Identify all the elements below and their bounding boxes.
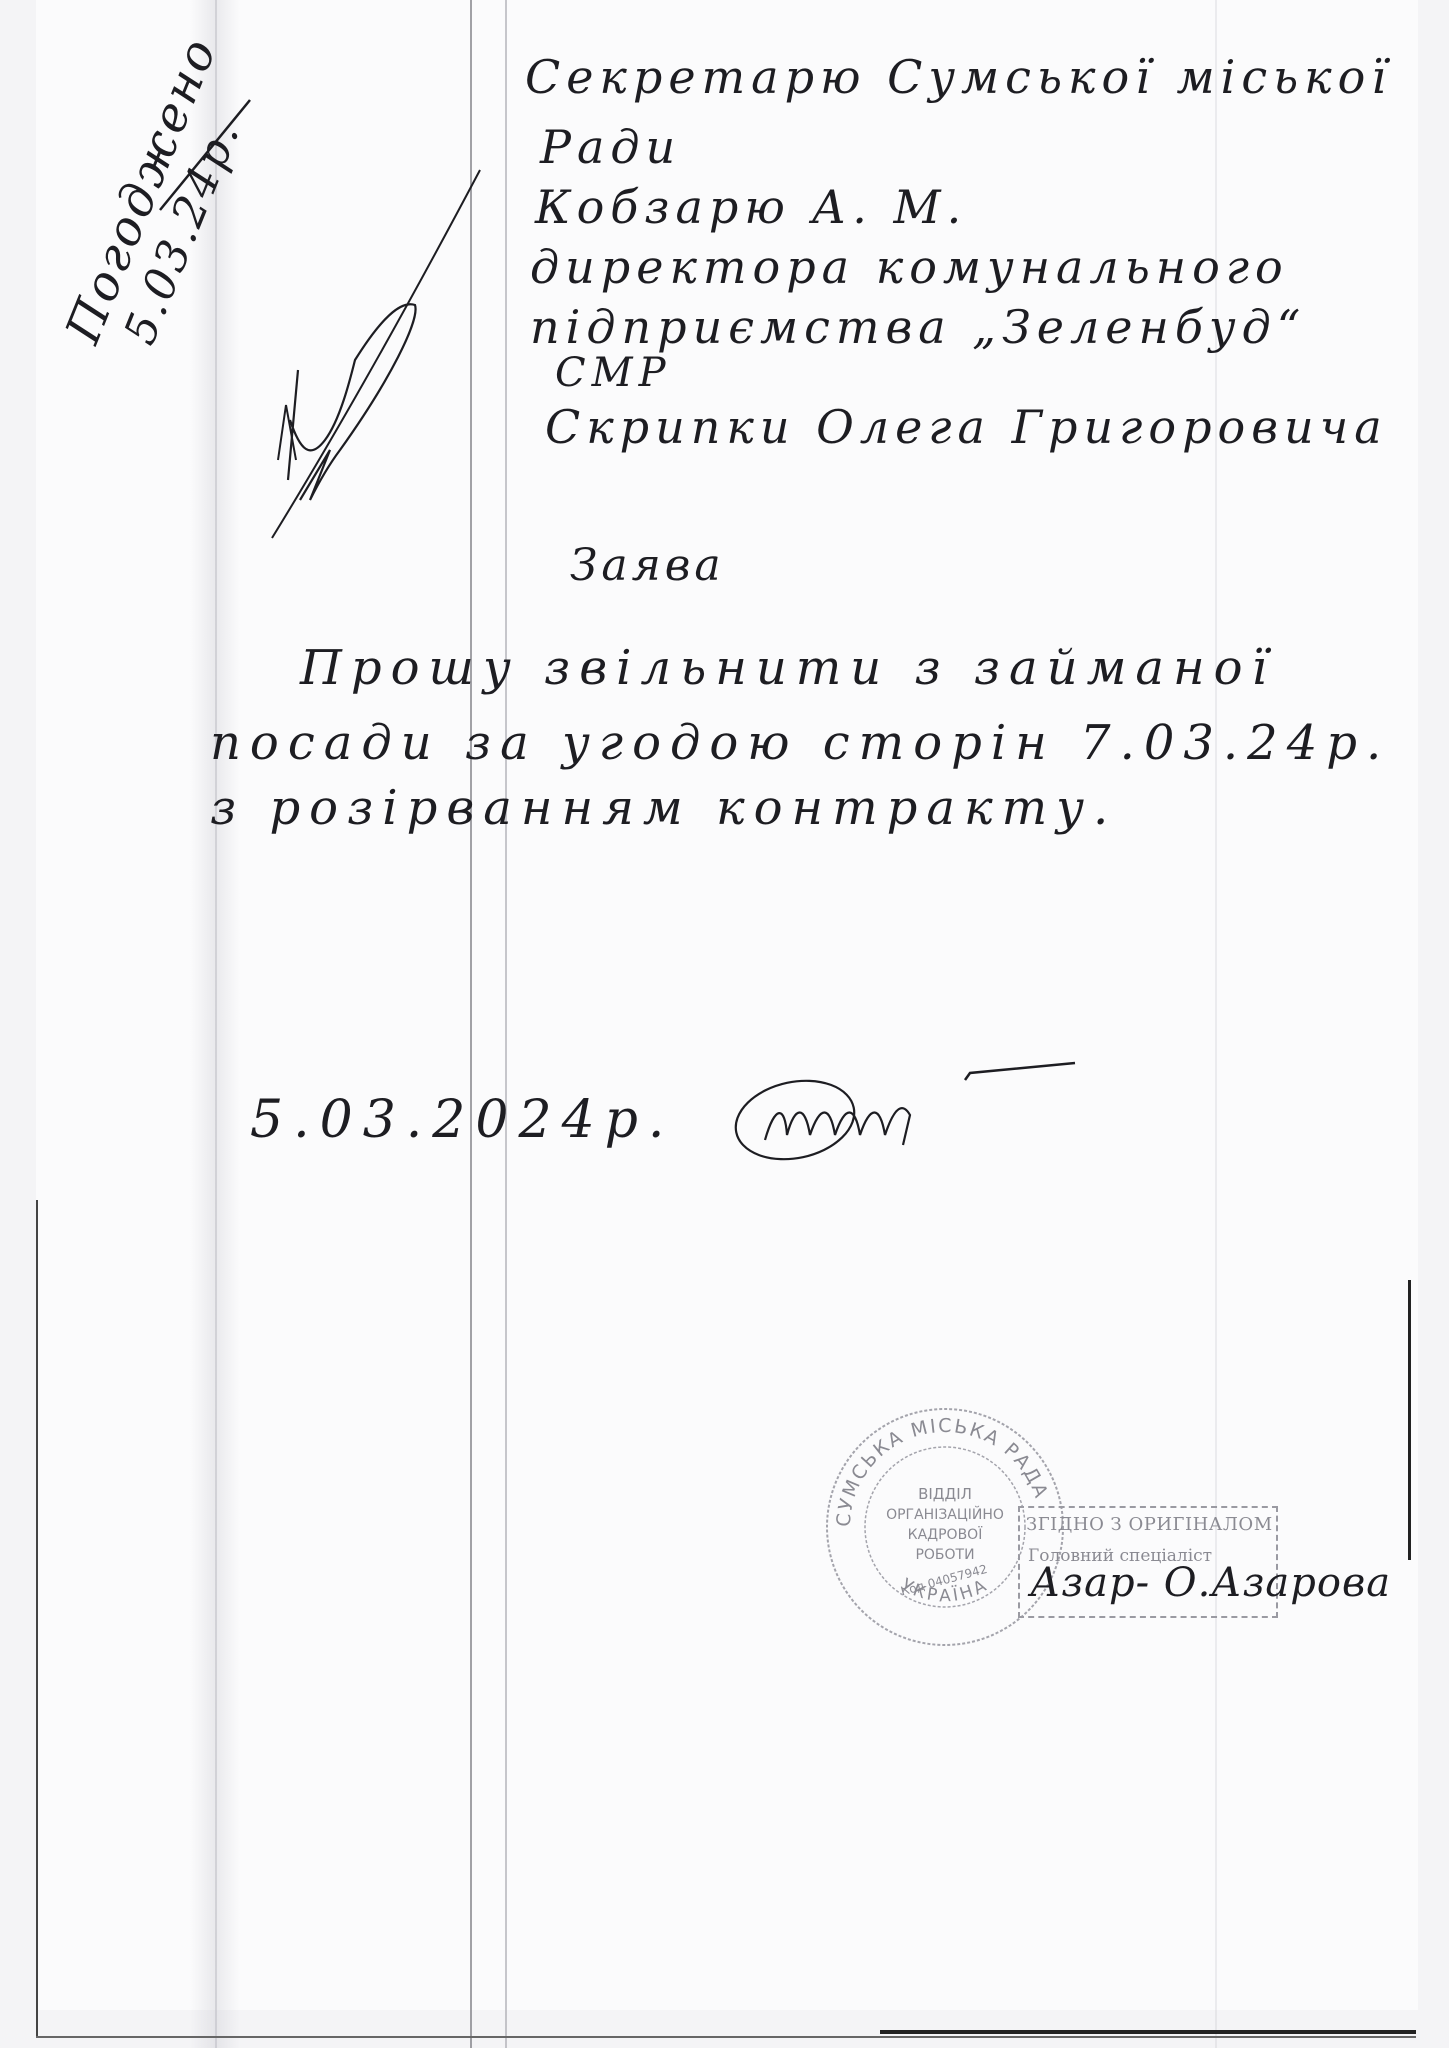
stamp-inner-line: КАДРОВОЇ	[908, 1525, 984, 1543]
certifier-signature: Азар- О.Азарова	[1030, 1560, 1391, 1606]
approver-signature-icon	[230, 160, 490, 560]
addressee-line: Секретарю Сумської міської	[525, 50, 1392, 104]
page-border-left	[36, 1200, 38, 2038]
addressee-line: СМР	[555, 350, 671, 396]
stamp-inner-line: ВІДДІЛ	[918, 1485, 972, 1503]
stamp-inner-line: РОБОТИ	[915, 1547, 974, 1563]
page-border-bottom-thick	[880, 2030, 1416, 2034]
certification-line-1: ЗГІДНО З ОРИГІНАЛОМ	[1026, 1514, 1273, 1535]
addressee-line: Ради	[540, 120, 681, 174]
page-edge-mark	[1408, 1280, 1411, 1560]
addressee-line: Кобзарю А. М.	[535, 180, 967, 234]
body-line: посади за угодою сторін 7.03.24р.	[210, 715, 1390, 771]
stamp-inner-line: ОРГАНІЗАЦІЙНО	[886, 1505, 1004, 1523]
document-title: Заява	[570, 540, 725, 591]
addressee-line: директора комунального	[530, 240, 1289, 294]
scan-artifact-line	[505, 0, 507, 2048]
page-border-bottom	[36, 2036, 1416, 2038]
applicant-signature-icon	[725, 1045, 1085, 1165]
application-date: 5.03.2024р.	[250, 1090, 674, 1150]
addressee-line: Скрипки Олега Григоровича	[545, 400, 1388, 454]
addressee-line: підприємства „Зеленбуд“	[530, 300, 1306, 354]
scan-artifact-line	[215, 0, 217, 2048]
body-line: з розірванням контракту.	[210, 780, 1117, 836]
body-line: Прошу звільнити з займаної	[300, 640, 1276, 696]
